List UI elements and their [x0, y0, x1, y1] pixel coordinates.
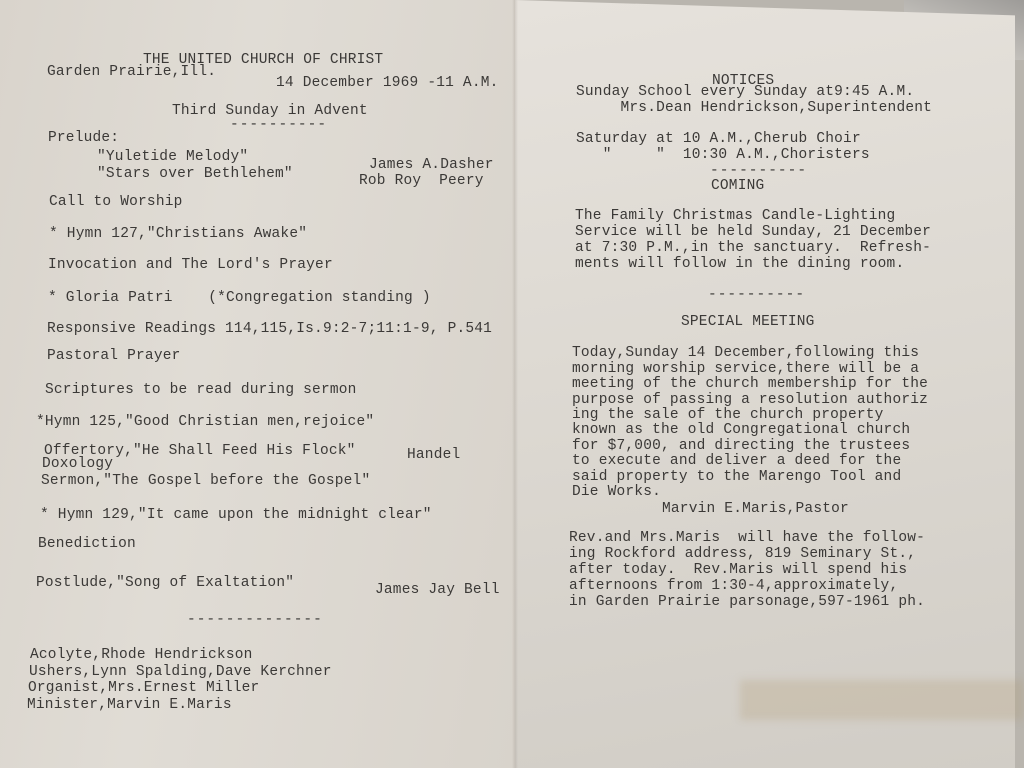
service-date: 14 December 1969 -11 A.M.	[276, 75, 499, 91]
address-line: in Garden Prairie parsonage,597-1961 ph.	[569, 594, 925, 610]
meeting-line: Today,Sunday 14 December,following this	[572, 345, 919, 361]
notice-line: Saturday at 10 A.M.,Cherub Choir	[576, 131, 861, 147]
participant-organist: Organist,Mrs.Ernest Miller	[28, 680, 259, 696]
postlude-composer: James Jay Bell	[375, 582, 500, 598]
meeting-line: to execute and deliver a deed for the	[572, 453, 901, 469]
page-fold	[512, 0, 518, 768]
notice-line: " " 10:30 A.M.,Choristers	[576, 147, 870, 163]
pastor-signature: Marvin E.Maris,Pastor	[662, 501, 849, 517]
notice-line: Mrs.Dean Hendrickson,Superintendent	[576, 100, 932, 116]
participant-acolyte: Acolyte,Rhode Hendrickson	[30, 647, 253, 663]
meeting-line: said property to the Marengo Tool and	[572, 469, 901, 485]
scriptures: Scriptures to be read during sermon	[45, 382, 357, 398]
hymn-129: * Hymn 129,"It came upon the midnight cl…	[40, 507, 432, 523]
divider: ----------	[708, 287, 805, 303]
meeting-line: Die Works.	[572, 484, 661, 500]
prelude-heading: Prelude:	[48, 130, 119, 146]
sermon: Sermon,"The Gospel before the Gospel"	[41, 473, 370, 489]
address-line: Rev.and Mrs.Maris will have the follow-	[569, 530, 925, 546]
prelude-composer-2: Rob Roy Peery	[359, 173, 484, 189]
hymn-127: * Hymn 127,"Christians Awake"	[49, 226, 307, 242]
prelude-piece-2: "Stars over Bethlehem"	[97, 166, 293, 182]
divider-2: --------------	[187, 612, 323, 628]
hymn-125: *Hymn 125,"Good Christian men,rejoice"	[36, 414, 374, 430]
benediction: Benediction	[38, 536, 136, 552]
coming-title: COMING	[711, 178, 764, 194]
meeting-line: ing the sale of the church property	[572, 407, 884, 423]
invocation: Invocation and The Lord's Prayer	[48, 257, 333, 273]
coming-line: ments will follow in the dining room.	[575, 256, 904, 272]
participant-ushers: Ushers,Lynn Spalding,Dave Kerchner	[29, 664, 332, 680]
church-location: Garden Prairie,Ill.	[47, 64, 216, 80]
divider: ----------	[710, 163, 807, 179]
special-meeting-title: SPECIAL MEETING	[681, 314, 815, 330]
postlude: Postlude,"Song of Exaltation"	[36, 575, 294, 591]
call-to-worship: Call to Worship	[49, 194, 183, 210]
gloria-patri: * Gloria Patri (*Congregation standing )	[48, 290, 431, 306]
address-line: ing Rockford address, 819 Seminary St.,	[569, 546, 916, 562]
paper-stain	[740, 680, 1024, 720]
meeting-line: known as the old Congregational church	[572, 422, 910, 438]
prelude-piece-1: "Yuletide Melody"	[97, 149, 248, 165]
meeting-line: morning worship service,there will be a	[572, 361, 919, 377]
responsive-readings: Responsive Readings 114,115,Is.9:2-7;11:…	[47, 321, 492, 337]
address-line: after today. Rev.Maris will spend his	[569, 562, 907, 578]
meeting-line: for $7,000, and directing the trustees	[572, 438, 910, 454]
divider: ----------	[230, 117, 327, 133]
coming-line: at 7:30 P.M.,in the sanctuary. Refresh-	[575, 240, 931, 256]
offertory-composer: Handel	[407, 447, 460, 463]
notice-line: Sunday School every Sunday at9:45 A.M.	[576, 84, 914, 100]
doxology: Doxology	[42, 456, 113, 472]
address-line: afternoons from 1:30-4,approximately,	[569, 578, 898, 594]
meeting-line: purpose of passing a resolution authoriz	[572, 392, 928, 408]
meeting-line: meeting of the church membership for the	[572, 376, 928, 392]
coming-line: The Family Christmas Candle-Lighting	[575, 208, 895, 224]
coming-line: Service will be held Sunday, 21 December	[575, 224, 931, 240]
participant-minister: Minister,Marvin E.Maris	[27, 697, 232, 713]
pastoral-prayer: Pastoral Prayer	[47, 348, 181, 364]
prelude-composer-1: James A.Dasher	[369, 157, 494, 173]
